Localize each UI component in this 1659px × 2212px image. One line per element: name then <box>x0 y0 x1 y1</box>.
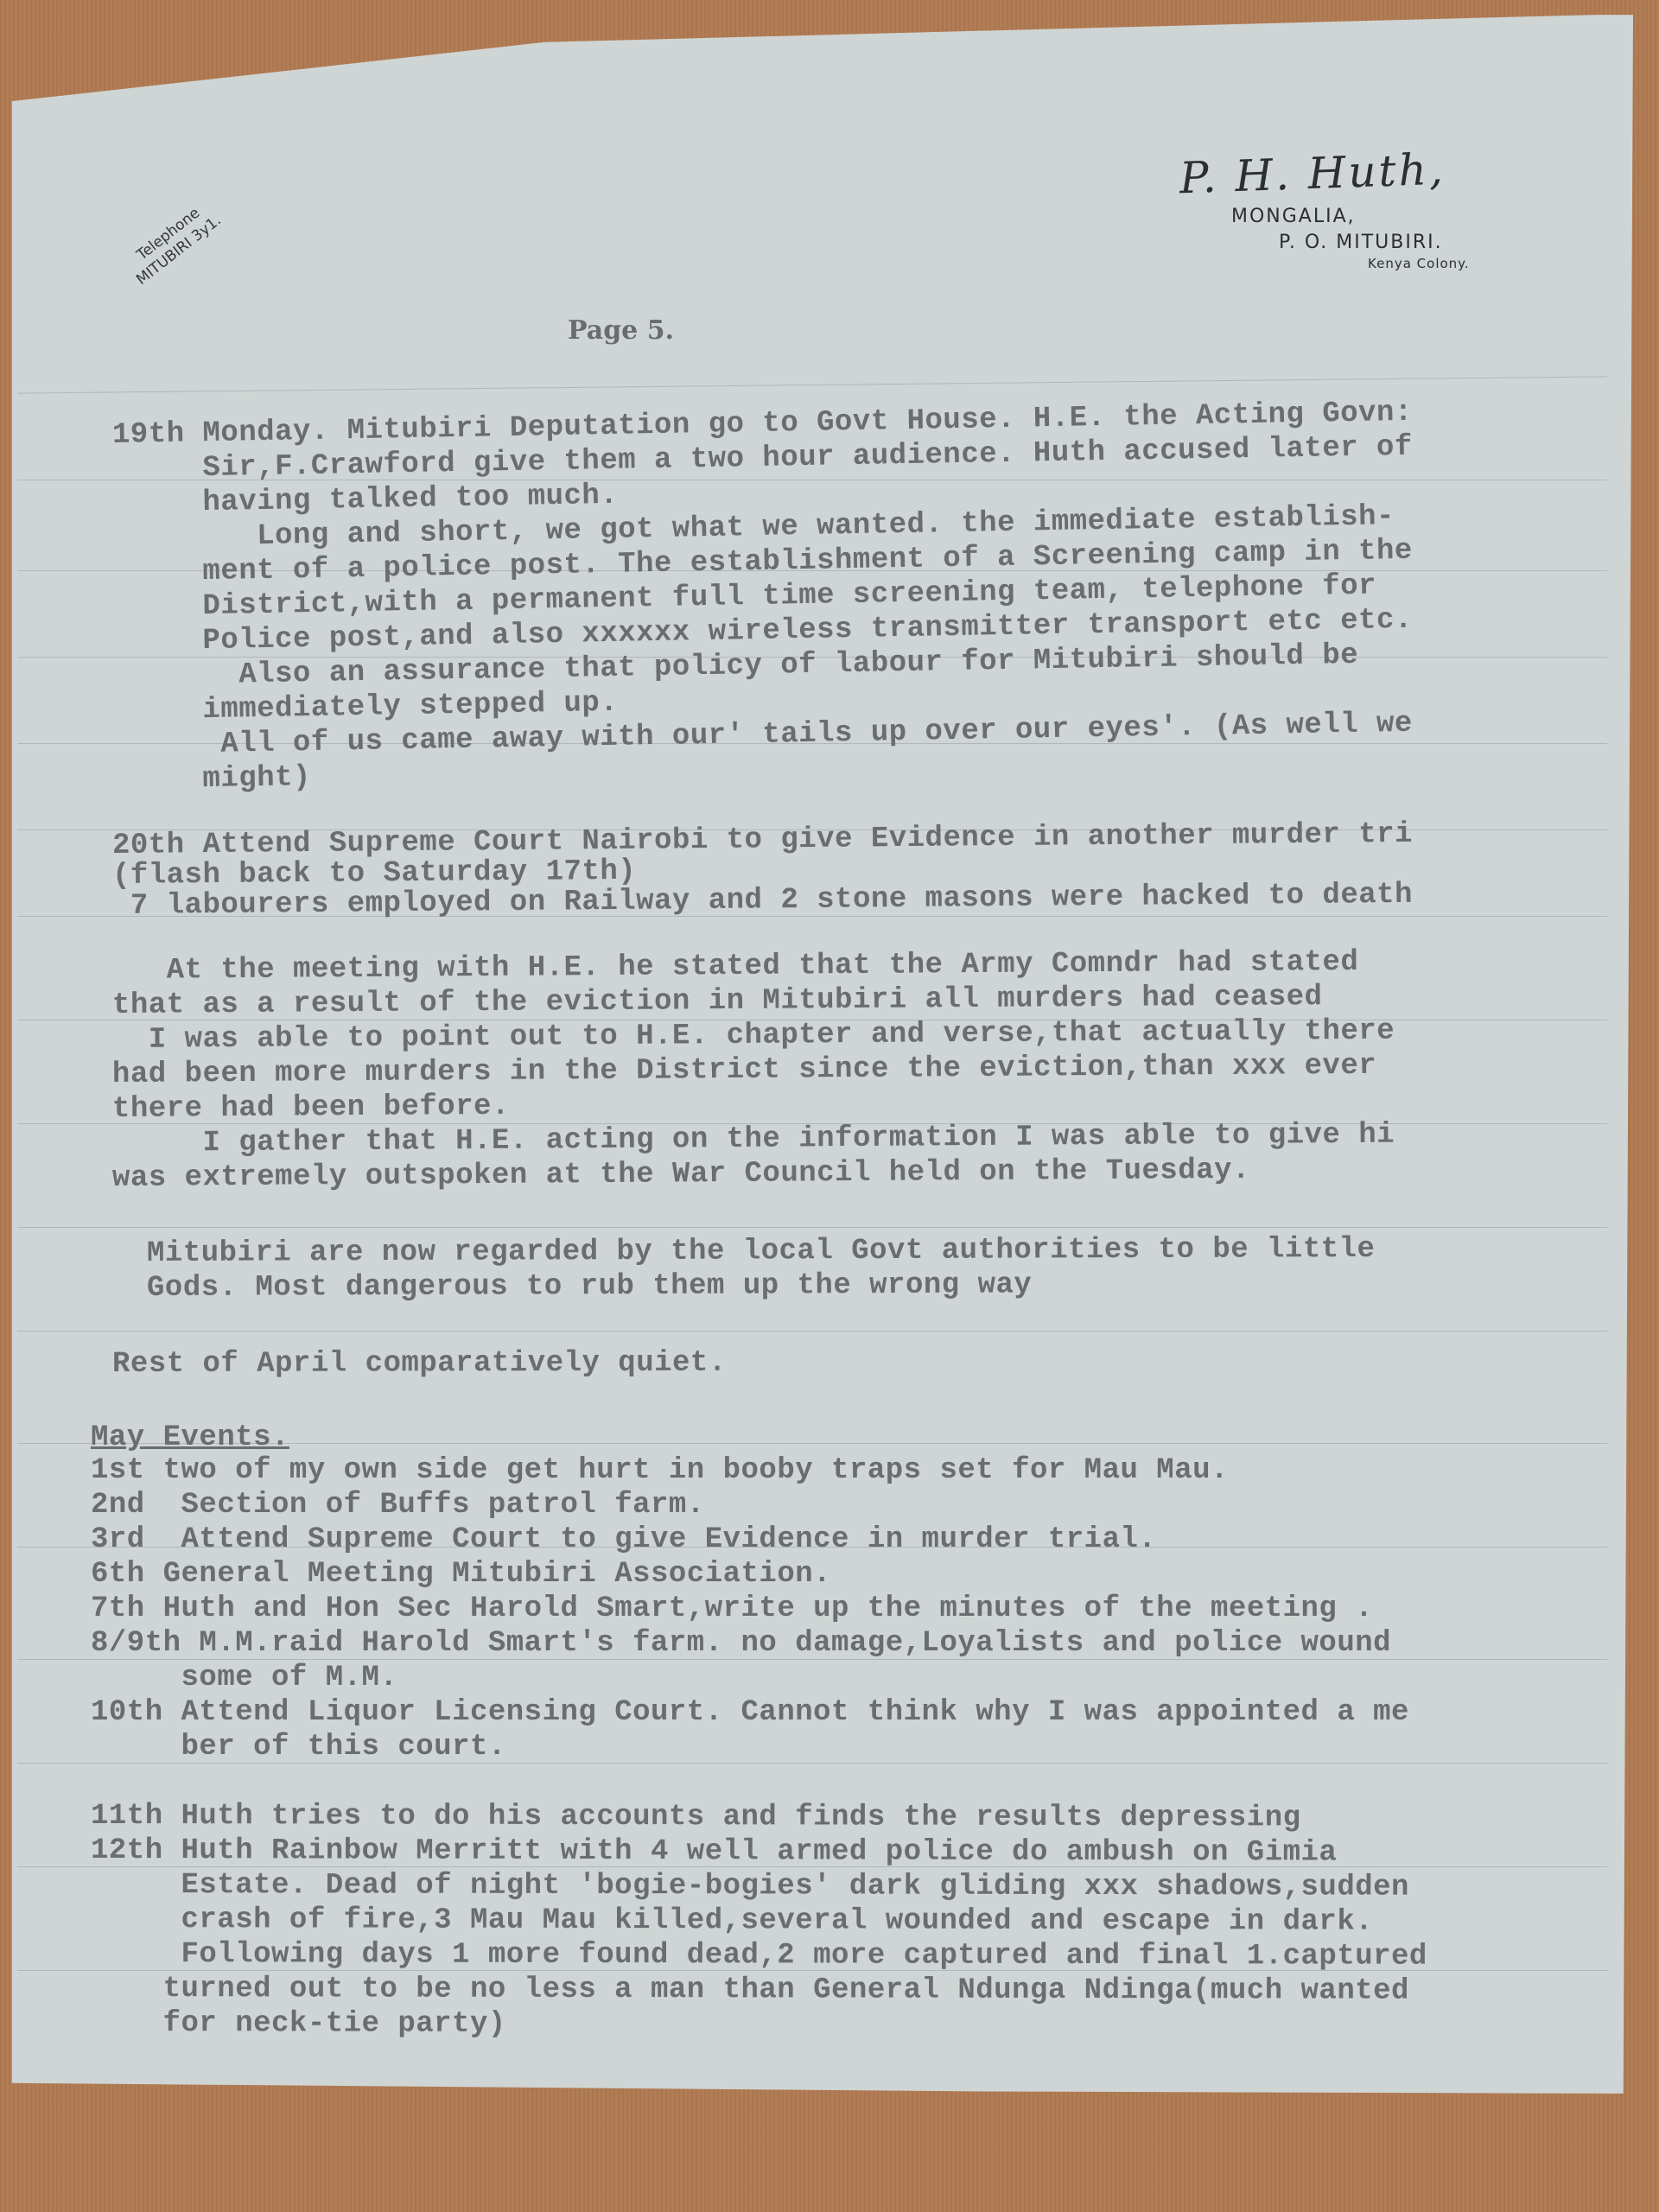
typed-line: some of M.M. <box>91 1662 397 1694</box>
typed-line: was extremely outspoken at the War Counc… <box>112 1154 1250 1195</box>
typed-line: there had been before. <box>112 1090 510 1126</box>
typed-line: 2nd Section of Buffs patrol farm. <box>91 1489 705 1522</box>
typed-line: Estate. Dead of night 'bogie-bogies' dar… <box>91 1869 1409 1904</box>
typed-line: 11th Huth tries to do his accounts and f… <box>91 1800 1301 1834</box>
typed-line: 12th Huth Rainbow Merritt with 4 well ar… <box>91 1834 1337 1870</box>
typed-line: Following days 1 more found dead,2 more … <box>91 1938 1427 1974</box>
typed-line: Mitubiri are now regarded by the local G… <box>147 1233 1376 1270</box>
typed-line: might) <box>112 761 312 798</box>
typed-line: crash of fire,3 Mau Mau killed,several w… <box>91 1904 1373 1939</box>
typed-body: 19th Monday. Mitubiri Deputation go to G… <box>0 0 1659 2212</box>
typed-line: 10th Attend Liquor Licensing Court. Cann… <box>91 1696 1409 1729</box>
typed-line: 1st two of my own side get hurt in booby… <box>91 1454 1229 1487</box>
typed-line: 20th Attend Supreme Court Nairobi to giv… <box>112 818 1413 862</box>
typed-line: 7th Huth and Hon Sec Harold Smart,write … <box>91 1592 1373 1625</box>
typed-line: turned out to be no less a man than Gene… <box>91 1973 1409 2008</box>
typed-line: for neck-tie party) <box>91 2007 506 2041</box>
typed-line: 6th General Meeting Mitubiri Association… <box>91 1558 831 1591</box>
typed-line: ber of this court. <box>91 1731 506 1764</box>
typed-line: had been more murders in the District si… <box>112 1050 1376 1091</box>
typed-line: Rest of April comparatively quiet. <box>112 1347 727 1381</box>
section-heading: May Events. <box>91 1421 289 1454</box>
typed-line: Gods. Most dangerous to rub them up the … <box>147 1268 1032 1305</box>
typed-line: 8/9th M.M.raid Harold Smart's farm. no d… <box>91 1627 1391 1660</box>
typed-line: 3rd Attend Supreme Court to give Evidenc… <box>91 1523 1156 1556</box>
